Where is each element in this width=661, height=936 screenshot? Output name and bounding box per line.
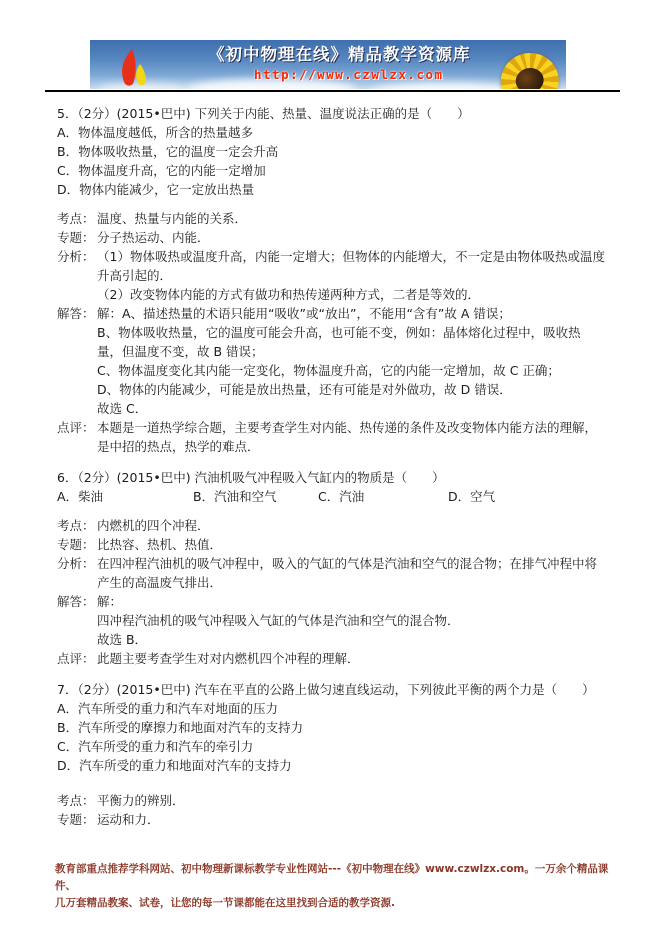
question-6-stem: 6．（2分）(2015•巴中) 汽油机吸气冲程吸入气缸内的物质是（ ） — [57, 468, 605, 487]
section-label: 专题： — [57, 535, 97, 554]
document-body: 5．（2分）(2015•巴中) 下列关于内能、热量、温度说法正确的是（ ） A．… — [57, 104, 605, 829]
question-6-option-c: C．汽油 — [318, 487, 448, 506]
section-zhuanti: 专题： 运动和力． — [57, 810, 605, 829]
section-label: 点评： — [57, 649, 97, 668]
question-5: 5．（2分）(2015•巴中) 下列关于内能、热量、温度说法正确的是（ ） A．… — [57, 104, 605, 456]
section-text: 内燃机的四个冲程． — [97, 516, 605, 535]
section-label: 分析： — [57, 247, 97, 304]
section-jieda: 解答： 解： 四冲程汽油机的吸气冲程吸入气缸的气体是汽油和空气的混合物． 故选 … — [57, 592, 605, 649]
section-kaodian: 考点： 温度、热量与内能的关系． — [57, 209, 605, 228]
question-7-option-c: C．汽车所受的重力和汽车的牵引力 — [57, 737, 605, 756]
question-6-option-d: D．空气 — [448, 487, 495, 506]
section-text: 平衡力的辨别． — [97, 791, 605, 810]
question-5-stem: 5．（2分）(2015•巴中) 下列关于内能、热量、温度说法正确的是（ ） — [57, 104, 605, 123]
question-7-analysis: 考点： 平衡力的辨别． 专题： 运动和力． — [57, 791, 605, 829]
section-label: 考点： — [57, 209, 97, 228]
section-kaodian: 考点： 平衡力的辨别． — [57, 791, 605, 810]
question-6: 6．（2分）(2015•巴中) 汽油机吸气冲程吸入气缸内的物质是（ ） A．柴油… — [57, 468, 605, 668]
section-fenxi: 分析： 在四冲程汽油机的吸气冲程中，吸入的气缸的气体是汽油和空气的混合物；在排气… — [57, 554, 605, 592]
question-7-option-d: D．汽车所受的重力和地面对汽车的支持力 — [57, 756, 605, 775]
question-5-option-c: C．物体温度升高，它的内能一定增加 — [57, 161, 605, 180]
header-divider — [45, 90, 620, 92]
section-text: 解：A、描述热量的术语只能用“吸收”或“放出”，不能用“含有”故 A 错误； B… — [97, 304, 605, 418]
question-7-option-b: B．汽车所受的摩擦力和地面对汽车的支持力 — [57, 718, 605, 737]
section-text: 温度、热量与内能的关系． — [97, 209, 605, 228]
section-label: 点评： — [57, 418, 97, 456]
section-text: 运动和力． — [97, 810, 605, 829]
section-kaodian: 考点： 内燃机的四个冲程． — [57, 516, 605, 535]
question-6-option-b: B．汽油和空气 — [193, 487, 318, 506]
section-text: 在四冲程汽油机的吸气冲程中，吸入的气缸的气体是汽油和空气的混合物；在排气冲程中将… — [97, 554, 605, 592]
question-7-stem: 7．（2分）(2015•巴中) 汽车在平直的公路上做匀速直线运动，下列彼此平衡的… — [57, 680, 605, 699]
cloud-decor — [370, 83, 520, 89]
section-label: 解答： — [57, 592, 97, 649]
section-text: 分子热运动、内能． — [97, 228, 605, 247]
question-6-options: A．柴油 B．汽油和空气 C．汽油 D．空气 — [57, 487, 605, 506]
banner-url: http://www.czwlzx.com — [254, 67, 444, 83]
section-dianping: 点评： 此题主要考查学生对对内燃机四个冲程的理解． — [57, 649, 605, 668]
question-7: 7．（2分）(2015•巴中) 汽车在平直的公路上做匀速直线运动，下列彼此平衡的… — [57, 680, 605, 829]
site-banner: 《初中物理在线》精品教学资源库 http://www.czwlzx.com — [90, 40, 566, 89]
footer-line-1: 教育部重点推荐学科网站、初中物理新课标教学专业性网站---《初中物理在线》www… — [55, 861, 623, 895]
question-5-option-d: D．物体内能减少，它一定放出热量 — [57, 180, 605, 199]
section-label: 分析： — [57, 554, 97, 592]
question-6-analysis: 考点： 内燃机的四个冲程． 专题： 比热容、热机、热值． 分析： 在四冲程汽油机… — [57, 516, 605, 668]
question-5-option-a: A．物体温度越低，所含的热量越多 — [57, 123, 605, 142]
section-label: 考点： — [57, 791, 97, 810]
section-fenxi: 分析： （1）物体吸热或温度升高，内能一定增大；但物体的内能增大，不一定是由物体… — [57, 247, 605, 304]
section-text: 比热容、热机、热值． — [97, 535, 605, 554]
section-label: 解答： — [57, 304, 97, 418]
section-jieda: 解答： 解：A、描述热量的术语只能用“吸收”或“放出”，不能用“含有”故 A 错… — [57, 304, 605, 418]
question-6-option-a: A．柴油 — [57, 487, 193, 506]
footer-line-2: 几万套精品教案、试卷，让您的每一节课都能在这里找到合适的教学资源. — [55, 895, 623, 912]
flame-logo-icon — [112, 48, 154, 88]
question-5-analysis: 考点： 温度、热量与内能的关系． 专题： 分子热运动、内能． 分析： （1）物体… — [57, 209, 605, 456]
section-label: 专题： — [57, 228, 97, 247]
section-dianping: 点评： 本题是一道热学综合题，主要考查学生对内能、热传递的条件及改变物体内能方法… — [57, 418, 605, 456]
document-footer: 教育部重点推荐学科网站、初中物理新课标教学专业性网站---《初中物理在线》www… — [55, 861, 623, 912]
section-text: 本题是一道热学综合题，主要考查学生对内能、热传递的条件及改变物体内能方法的理解，… — [97, 418, 605, 456]
section-label: 考点： — [57, 516, 97, 535]
section-label: 专题： — [57, 810, 97, 829]
question-5-option-b: B．物体吸收热量，它的温度一定会升高 — [57, 142, 605, 161]
section-zhuanti: 专题： 比热容、热机、热值． — [57, 535, 605, 554]
section-text: 解： 四冲程汽油机的吸气冲程吸入气缸的气体是汽油和空气的混合物． 故选 B． — [97, 592, 605, 649]
question-7-option-a: A．汽车所受的重力和汽车对地面的压力 — [57, 699, 605, 718]
section-zhuanti: 专题： 分子热运动、内能． — [57, 228, 605, 247]
section-text: 此题主要考查学生对对内燃机四个冲程的理解． — [97, 649, 605, 668]
section-text: （1）物体吸热或温度升高，内能一定增大；但物体的内能增大，不一定是由物体吸热或温… — [97, 247, 605, 304]
